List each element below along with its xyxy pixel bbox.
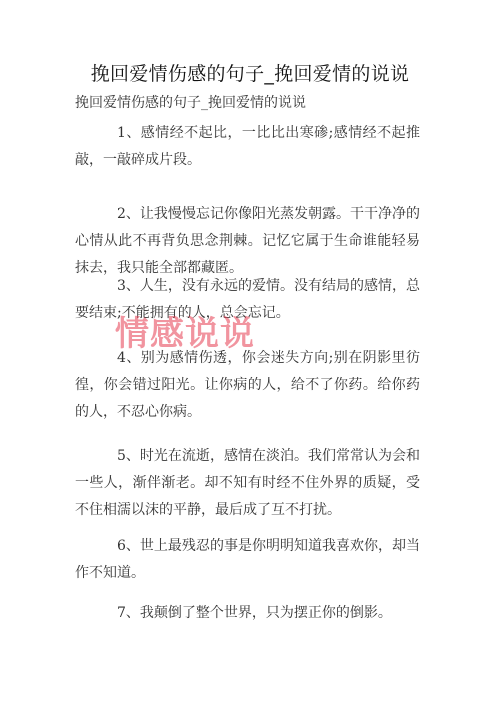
quote-paragraph-3: 3、人生，没有永远的爱情。没有结局的感情，总要结束;不能拥有的人，总会忘记。 (75, 273, 420, 327)
quote-paragraph-4: 4、别为感情伤透，你会迷失方向;别在阴影里彷徨，你会错过阳光。让你病的人，给不了… (75, 345, 420, 426)
document-title: 挽回爱情伤感的句子_挽回爱情的说说 (0, 59, 500, 86)
quote-paragraph-2: 2、让我慢慢忘记你像阳光蒸发朝露。干干净净的心情从此不再背负思念荆棘。记忆它属于… (75, 201, 420, 282)
quote-paragraph-5: 5、时光在流逝，感情在淡泊。我们常常认为会和一些人，渐伴渐老。却不知有时经不住外… (75, 443, 420, 524)
quote-paragraph-7: 7、我颠倒了整个世界，只为摆正你的倒影。 (75, 600, 420, 627)
quote-paragraph-6: 6、世上最残忍的事是你明明知道我喜欢你，却当作不知道。 (75, 533, 420, 587)
quote-paragraph-1: 1、感情经不起比，一比比出寒碜;感情经不起推敲，一敲碎成片段。 (75, 120, 420, 174)
document-subtitle: 挽回爱情伤感的句子_挽回爱情的说说 (75, 92, 306, 112)
